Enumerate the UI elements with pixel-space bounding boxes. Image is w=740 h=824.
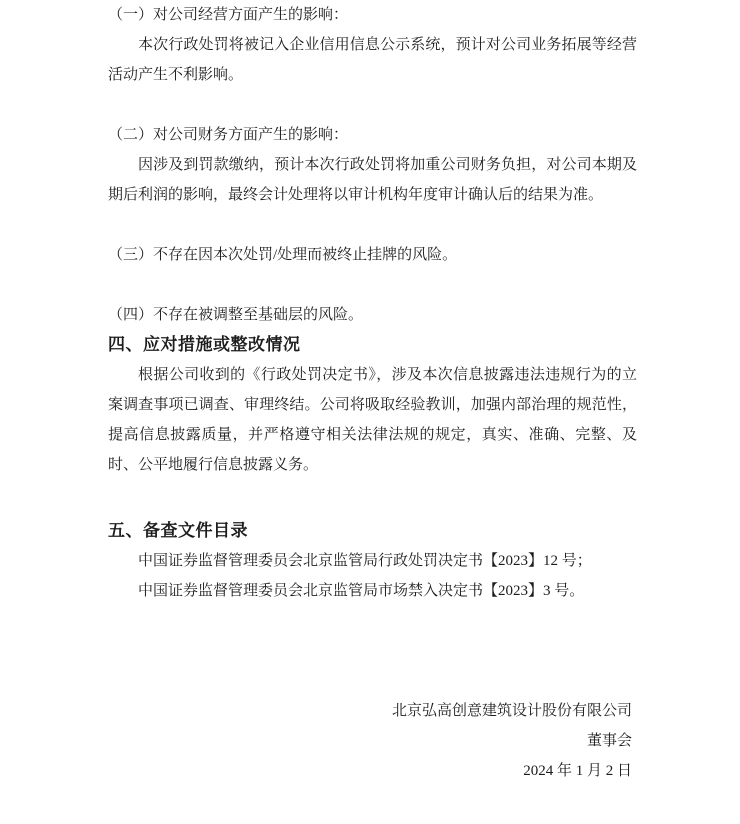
impact-finance-body: 因涉及到罚款缴纳，预计本次行政处罚将加重公司财务负担，对公司本期及期后利润的影响… [108,150,637,210]
reference-file-item: 中国证券监督管理委员会北京监管局行政处罚决定书【2023】12 号； [108,546,637,576]
signature-block: 北京弘高创意建筑设计股份有限公司 董事会 2024 年 1 月 2 日 [108,696,637,786]
announcement-page: （一）对公司经营方面产生的影响： 本次行政处罚将被记入企业信用信息公示系统，预计… [0,0,740,824]
signature-date: 2024 年 1 月 2 日 [108,756,632,786]
remediation-paragraph: 根据公司收到的《行政处罚决定书》，涉及本次信息披露违法违规行为的立案调查事项已调… [108,360,637,480]
impact-operations-body: 本次行政处罚将被记入企业信用信息公示系统，预计对公司业务拓展等经营活动产生不利影… [108,30,637,90]
delisting-risk-statement: （三）不存在因本次处罚/处理而被终止挂牌的风险。 [108,240,637,270]
section-four-heading: 四、应对措施或整改情况 [108,330,637,360]
impact-operations-heading: （一）对公司经营方面产生的影响： [108,0,637,30]
signature-board: 董事会 [108,726,632,756]
signature-company: 北京弘高创意建筑设计股份有限公司 [108,696,632,726]
reference-file-item: 中国证券监督管理委员会北京监管局市场禁入决定书【2023】3 号。 [108,576,637,606]
impact-finance-heading: （二）对公司财务方面产生的影响： [108,120,637,150]
section-five-heading: 五、备查文件目录 [108,516,637,546]
base-tier-risk-statement: （四）不存在被调整至基础层的风险。 [108,300,637,330]
